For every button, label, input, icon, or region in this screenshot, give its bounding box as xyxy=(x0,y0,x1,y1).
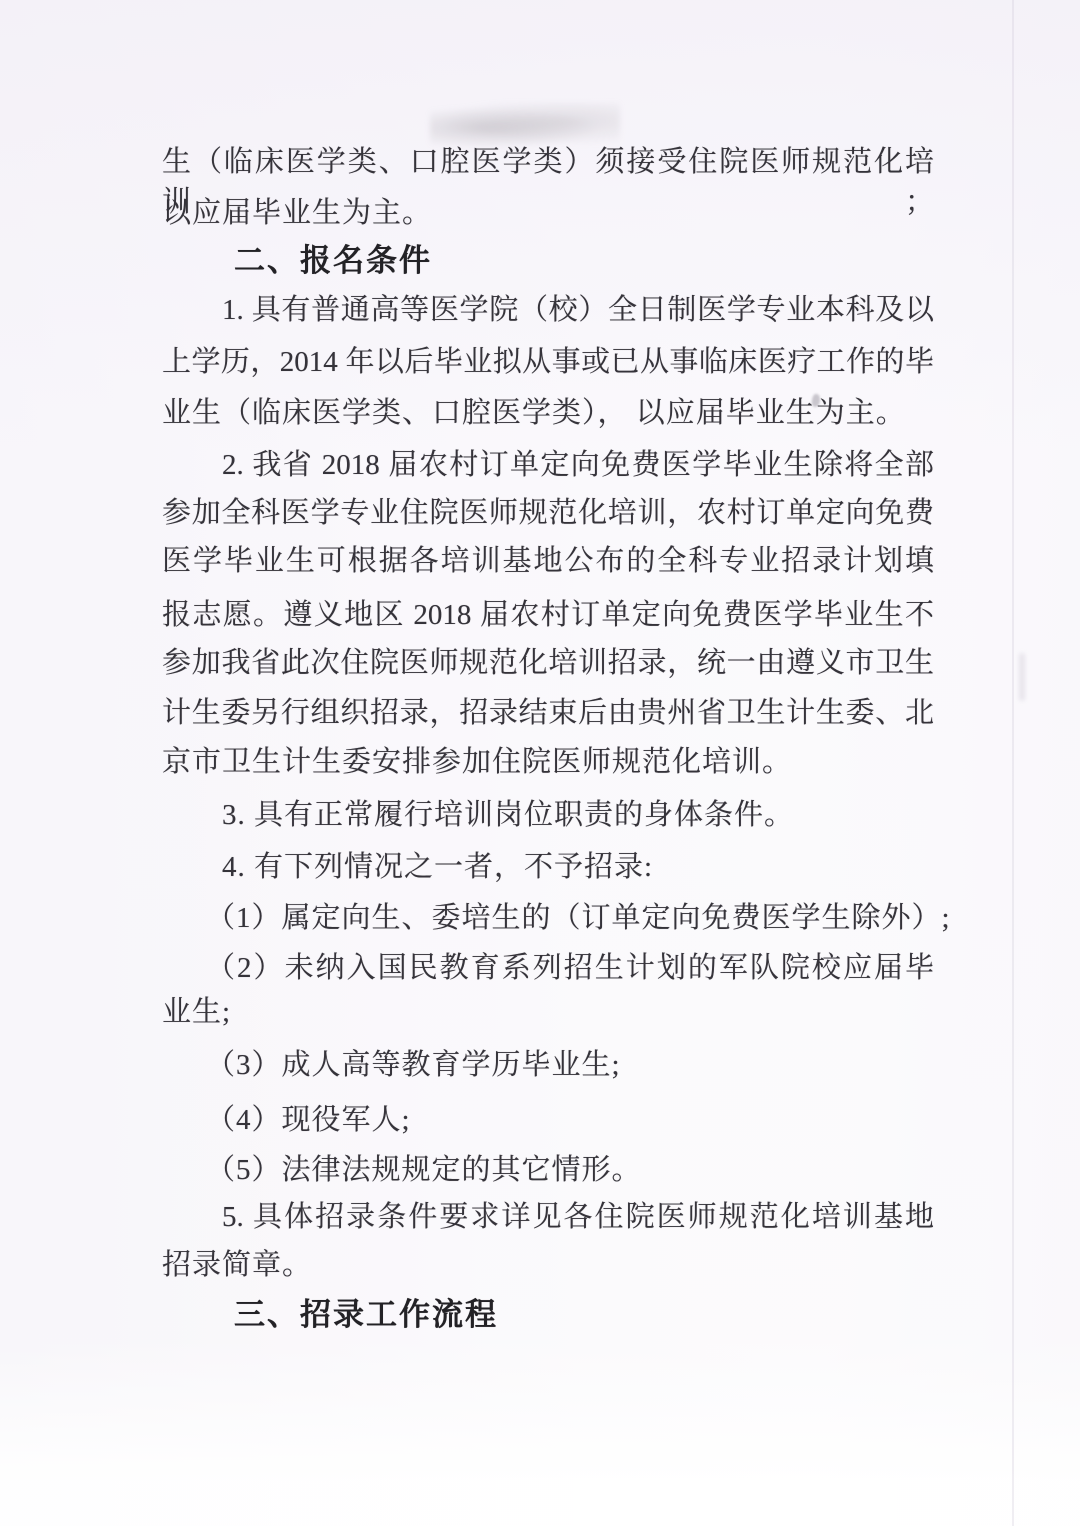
scan-streak-artifact xyxy=(1012,0,1014,1526)
doc-line: 计生委另行组织招录，招录结束后由贵州省卫生计生委、北 xyxy=(162,693,934,733)
doc-line: 以应届毕业生为主。 xyxy=(162,193,934,233)
doc-line: 报志愿。遵义地区 2018 届农村订单定向免费医学毕业生不 xyxy=(162,595,934,635)
doc-line: 4. 有下列情况之一者，不予招录: xyxy=(162,847,934,887)
doc-line: 参加我省此次住院医师规范化培训招录，统一由遵义市卫生 xyxy=(162,643,934,683)
doc-line: 业生; xyxy=(162,992,934,1032)
doc-line: 5. 具体招录条件要求详见各住院医师规范化培训基地 xyxy=(162,1197,934,1237)
section-3-heading: 三、招录工作流程 xyxy=(162,1295,934,1335)
doc-line: 1. 具有普通高等医学院（校）全日制医学专业本科及以 xyxy=(162,290,934,330)
doc-line: （1）属定向生、委培生的（订单定向免费医学生除外）; xyxy=(162,898,934,938)
doc-line: 医学毕业生可根据各培训基地公布的全科专业招录计划填 xyxy=(162,541,934,581)
section-2-heading: 二、报名条件 xyxy=(162,241,934,281)
doc-line: 京市卫生计生委安排参加住院医师规范化培训。 xyxy=(162,742,934,782)
doc-line: 招录简章。 xyxy=(162,1245,934,1285)
doc-line: （2）未纳入国民教育系列招生计划的军队院校应届毕 xyxy=(162,948,934,988)
doc-line: 业生（临床医学类、口腔医学类）， 以应届毕业生为主。 xyxy=(162,393,934,433)
doc-line: （3）成人高等教育学历毕业生; xyxy=(162,1045,934,1085)
scan-speck-artifact xyxy=(1019,653,1025,701)
doc-line: （4）现役军人; xyxy=(162,1100,934,1140)
doc-line: 3. 具有正常履行培训岗位职责的身体条件。 xyxy=(162,795,934,835)
doc-line: （5）法律法规规定的其它情形。 xyxy=(162,1150,934,1190)
doc-line: 参加全科医学专业住院医师规范化培训，农村订单定向免费 xyxy=(162,493,934,533)
scanned-document-page: 生（临床医学类、口腔医学类）须接受住院医师规范化培训； 以应届毕业生为主。 二、… xyxy=(0,0,1080,1526)
doc-line: 2. 我省 2018 届农村订单定向免费医学毕业生除将全部 xyxy=(162,445,934,485)
doc-line: 上学历，2014 年以后毕业拟从事或已从事临床医疗工作的毕 xyxy=(162,342,934,382)
